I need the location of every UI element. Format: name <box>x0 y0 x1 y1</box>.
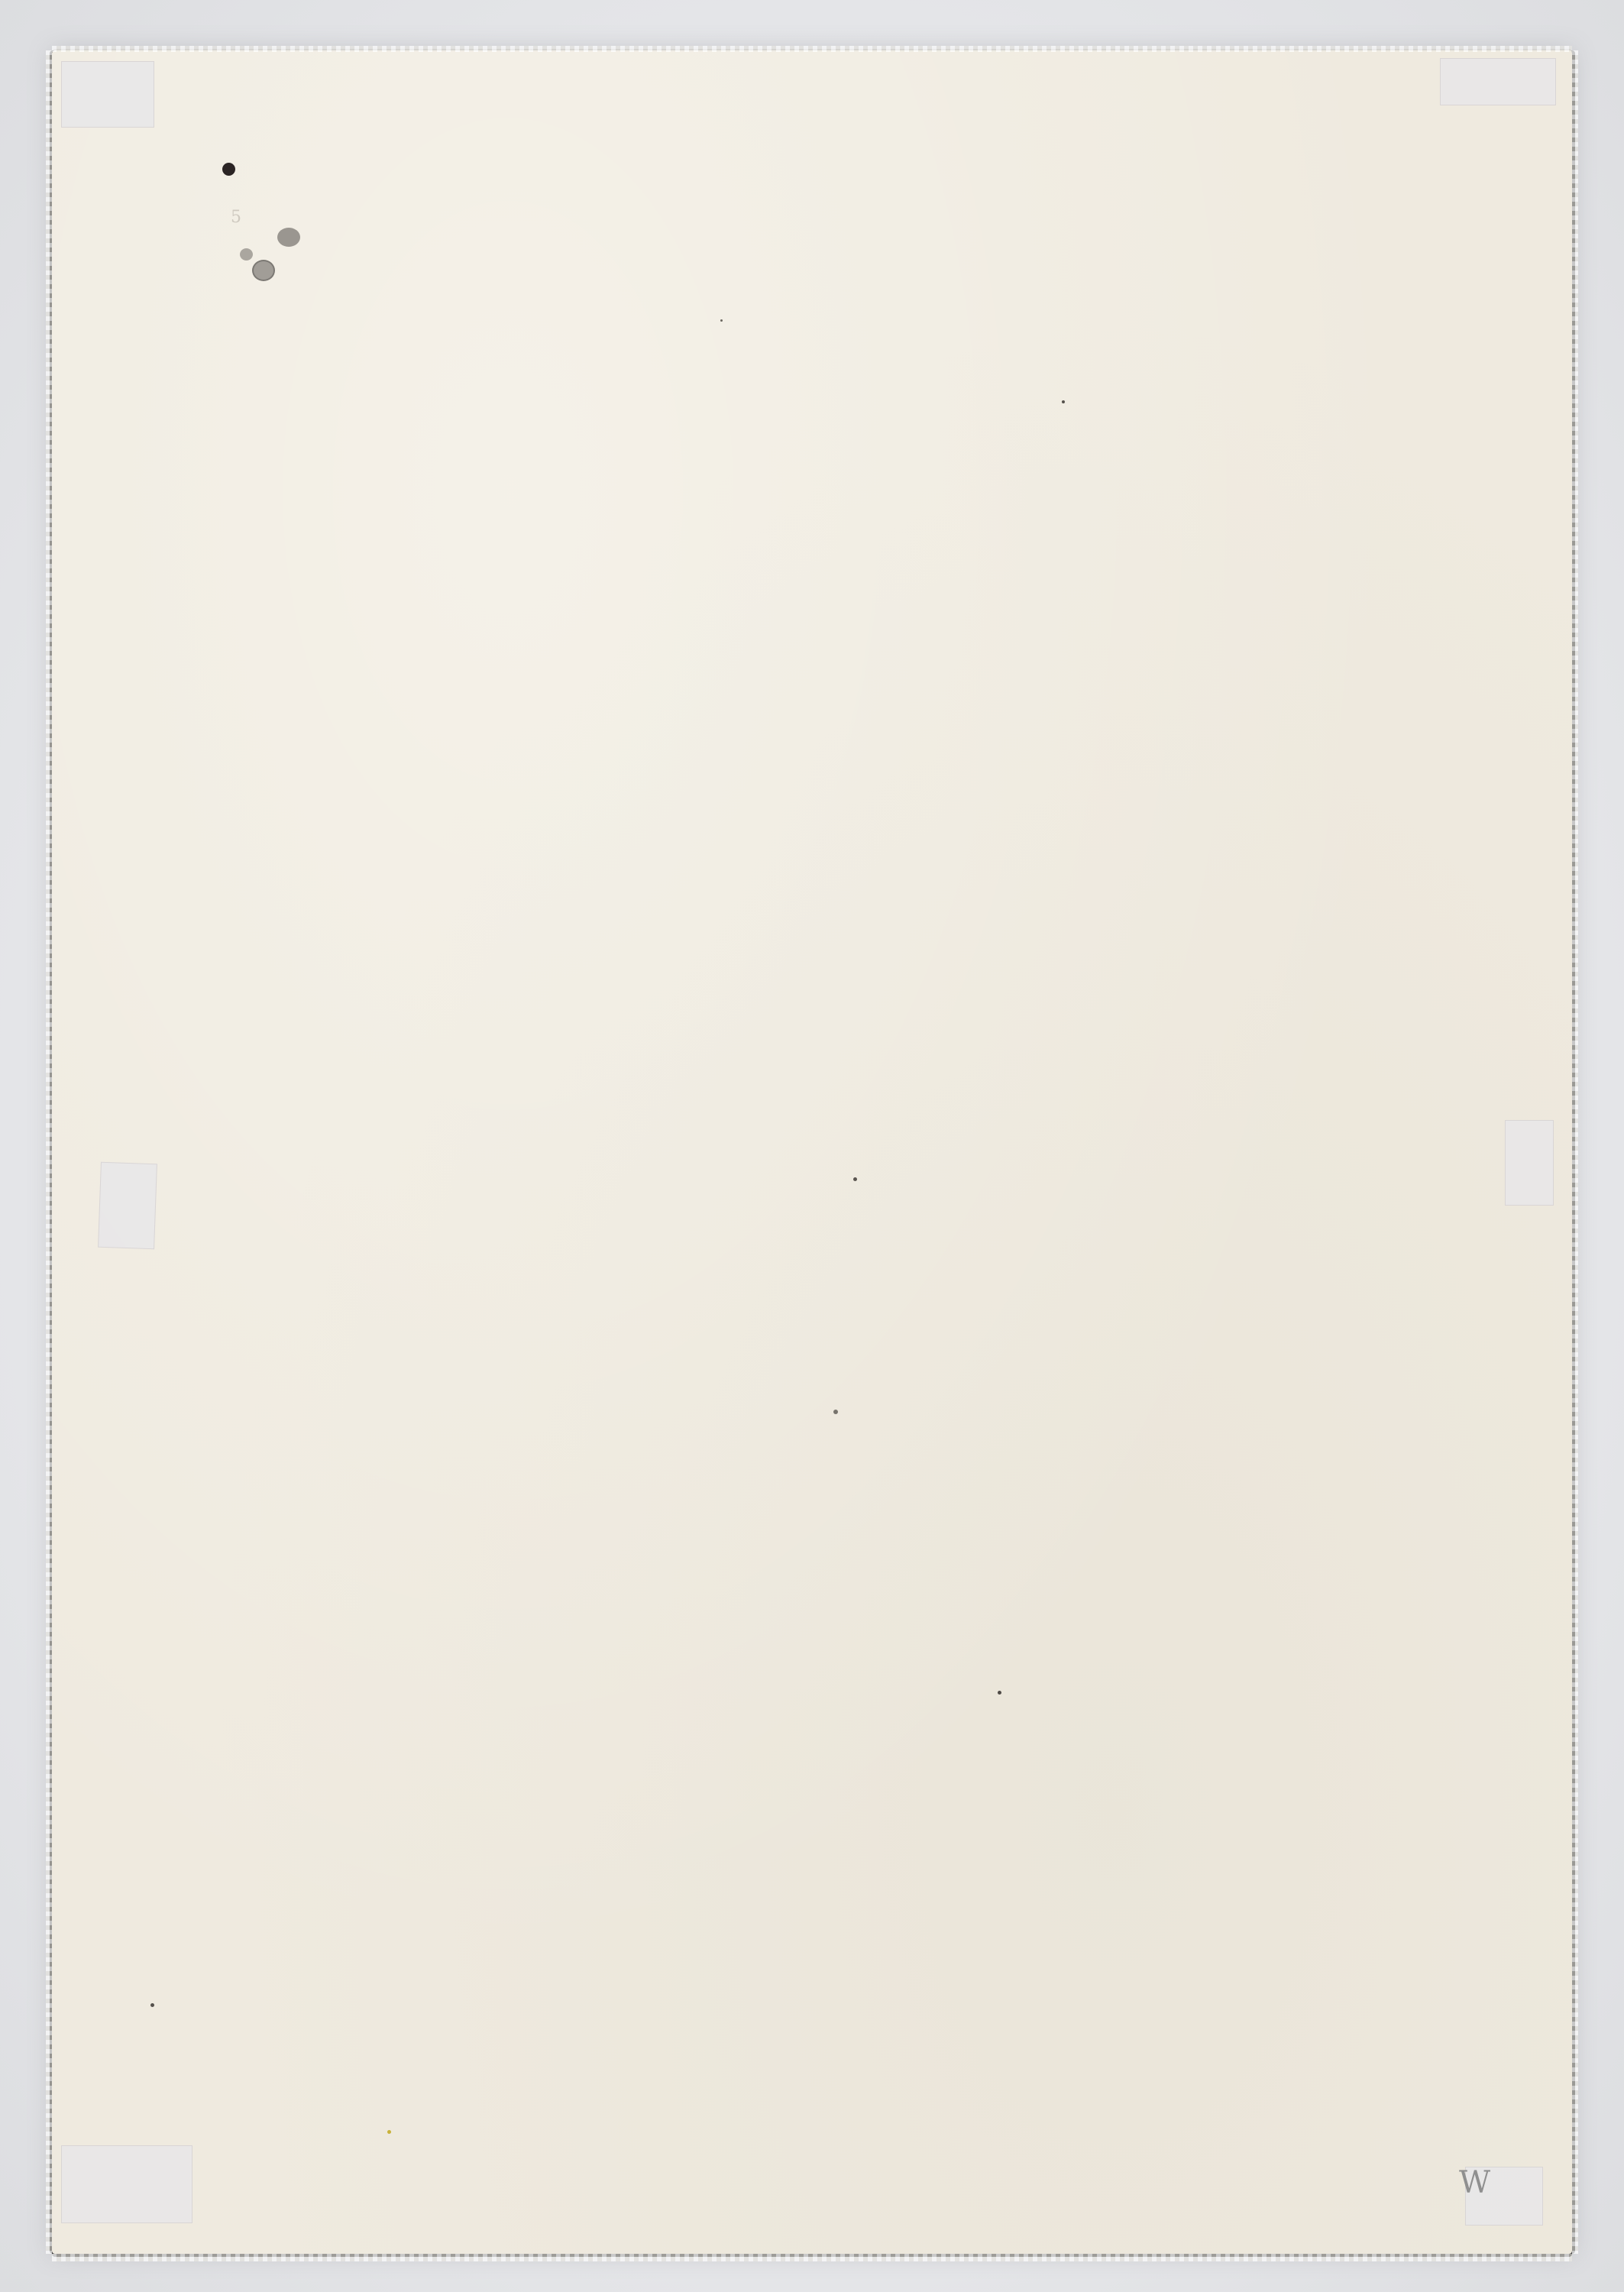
speck <box>833 1410 838 1414</box>
tape-top-right <box>1440 58 1556 105</box>
speck <box>150 2003 154 2007</box>
ink-spot-gray-2 <box>240 248 253 261</box>
speck <box>720 319 723 322</box>
speck <box>853 1177 857 1181</box>
speck <box>998 1691 1001 1695</box>
pencil-number: 5 <box>231 208 241 227</box>
tape-top-left <box>61 61 154 128</box>
tape-middle-left <box>98 1162 157 1250</box>
ink-spot-gray-1 <box>277 228 300 247</box>
ink-spot-dark <box>222 163 235 176</box>
speck <box>387 2130 391 2134</box>
paper-sheet <box>52 50 1572 2254</box>
speck <box>1062 400 1065 403</box>
tape-middle-right <box>1505 1120 1554 1206</box>
tape-bottom-left <box>61 2145 192 2223</box>
initial-mark: W <box>1459 2165 1490 2200</box>
ink-spot-gray-3 <box>252 260 275 281</box>
